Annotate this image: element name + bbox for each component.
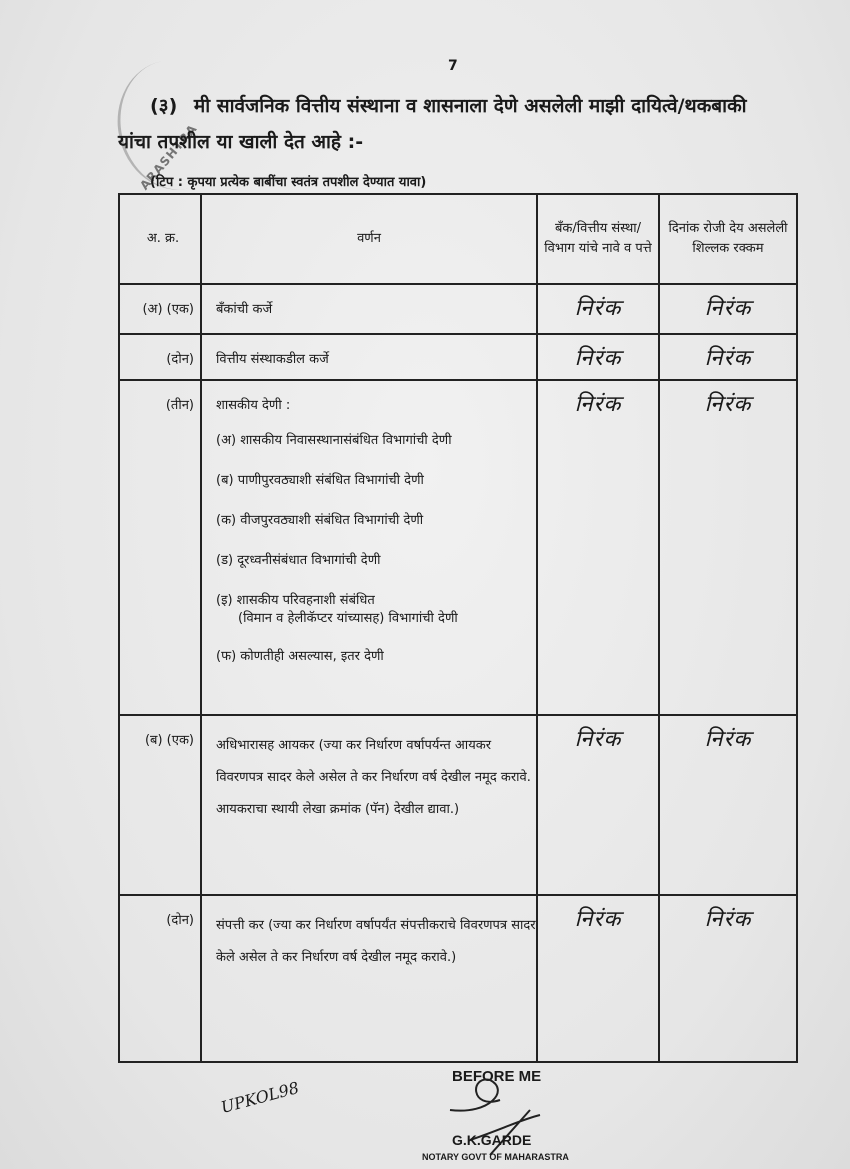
item-number: (३) [150, 95, 177, 117]
handwritten-nil: निरंक [575, 292, 622, 322]
page-number: 7 [448, 58, 458, 74]
header-bank: बँक/वित्तीय संस्था/ विभाग यांचे नावे व प… [537, 194, 659, 284]
handwritten-nil: निरंक [575, 903, 622, 933]
row-sr: (दोन) [119, 334, 201, 380]
handwritten-nil: निरंक [705, 388, 752, 418]
notary-title: NOTARY GOVT OF MAHARASTRA [422, 1152, 569, 1162]
intro-paragraph: (३) मी सार्वजनिक वित्तीय संस्थाना व शासन… [118, 88, 818, 160]
row-description: अधिभारासह आयकर (ज्या कर निर्धारण वर्षापर… [201, 715, 537, 895]
row-description: बँकांची कर्जे [201, 284, 537, 334]
row-bank: निरंक [537, 380, 659, 715]
row-amount: निरंक [659, 895, 797, 1062]
table-row: (अ) (एक) बँकांची कर्जे निरंक निरंक [119, 284, 797, 334]
row-description-group: शासकीय देणी : (अ) शासकीय निवासस्थानासंबं… [201, 380, 537, 715]
sub-item: (फ) कोणतीही असल्यास, इतर देणी [216, 637, 536, 677]
table-row: (दोन) वित्तीय संस्थाकडील कर्जे निरंक निर… [119, 334, 797, 380]
table-row: (ब) (एक) अधिभारासह आयकर (ज्या कर निर्धार… [119, 715, 797, 895]
intro-line-1: मी सार्वजनिक वित्तीय संस्थाना व शासनाला … [194, 95, 747, 117]
row-description: संपत्ती कर (ज्या कर निर्धारण वर्षापर्यंत… [201, 895, 537, 1062]
table-header-row: अ. क्र. वर्णन बँक/वित्तीय संस्था/ विभाग … [119, 194, 797, 284]
table-row: (तीन) शासकीय देणी : (अ) शासकीय निवासस्था… [119, 380, 797, 715]
header-sr: अ. क्र. [119, 194, 201, 284]
header-description: वर्णन [201, 194, 537, 284]
handwritten-nil: निरंक [575, 342, 622, 372]
row-description: वित्तीय संस्थाकडील कर्जे [201, 334, 537, 380]
table-row: (दोन) संपत्ती कर (ज्या कर निर्धारण वर्षा… [119, 895, 797, 1062]
sub-item: (क) वीजपुरवठ्याशी संबंधित विभागांची देणी [216, 501, 536, 541]
handwritten-nil: निरंक [705, 292, 752, 322]
liabilities-table: अ. क्र. वर्णन बँक/वित्तीय संस्था/ विभाग … [118, 193, 798, 1063]
row-description: शासकीय देणी : [216, 395, 536, 413]
row-bank: निरंक [537, 334, 659, 380]
handwritten-nil: निरंक [575, 723, 622, 753]
row-bank: निरंक [537, 895, 659, 1062]
row-bank: निरंक [537, 284, 659, 334]
instruction-note: (टिप : कृपया प्रत्येक बाबींचा स्वतंत्र त… [150, 172, 426, 190]
document-page: 7 ARASHTRA (३) मी सार्वजनिक वित्तीय संस्… [0, 0, 850, 1169]
row-amount: निरंक [659, 284, 797, 334]
sub-item: (ड) दूरध्वनीसंबंधात विभागांची देणी [216, 541, 536, 581]
handwritten-nil: निरंक [705, 723, 752, 753]
sub-item: (ब) पाणीपुरवठ्याशी संबंधित विभागांची देण… [216, 461, 536, 501]
row-sr: (अ) (एक) [119, 284, 201, 334]
row-amount: निरंक [659, 715, 797, 895]
handwritten-nil: निरंक [705, 903, 752, 933]
row-amount: निरंक [659, 380, 797, 715]
row-bank: निरंक [537, 715, 659, 895]
row-sr: (ब) (एक) [119, 715, 201, 895]
sub-item: (अ) शासकीय निवासस्थानासंबंधित विभागांची … [216, 421, 536, 461]
intro-line-2: यांचा तपशील या खाली देत आहे :- [118, 124, 818, 160]
header-amount: दिनांक रोजी देय असलेली शिल्लक रक्कम [659, 194, 797, 284]
row-sr: (तीन) [119, 380, 201, 715]
notary-name: G.K.GARDE [452, 1132, 531, 1148]
deponent-signature: UPKOL98 [219, 1078, 301, 1117]
handwritten-nil: निरंक [705, 342, 752, 372]
sub-item-continuation: (विमान व हेलीकॅप्टर यांच्यासह) विभागांची… [216, 611, 536, 627]
handwritten-nil: निरंक [575, 388, 622, 418]
row-amount: निरंक [659, 334, 797, 380]
row-sr: (दोन) [119, 895, 201, 1062]
